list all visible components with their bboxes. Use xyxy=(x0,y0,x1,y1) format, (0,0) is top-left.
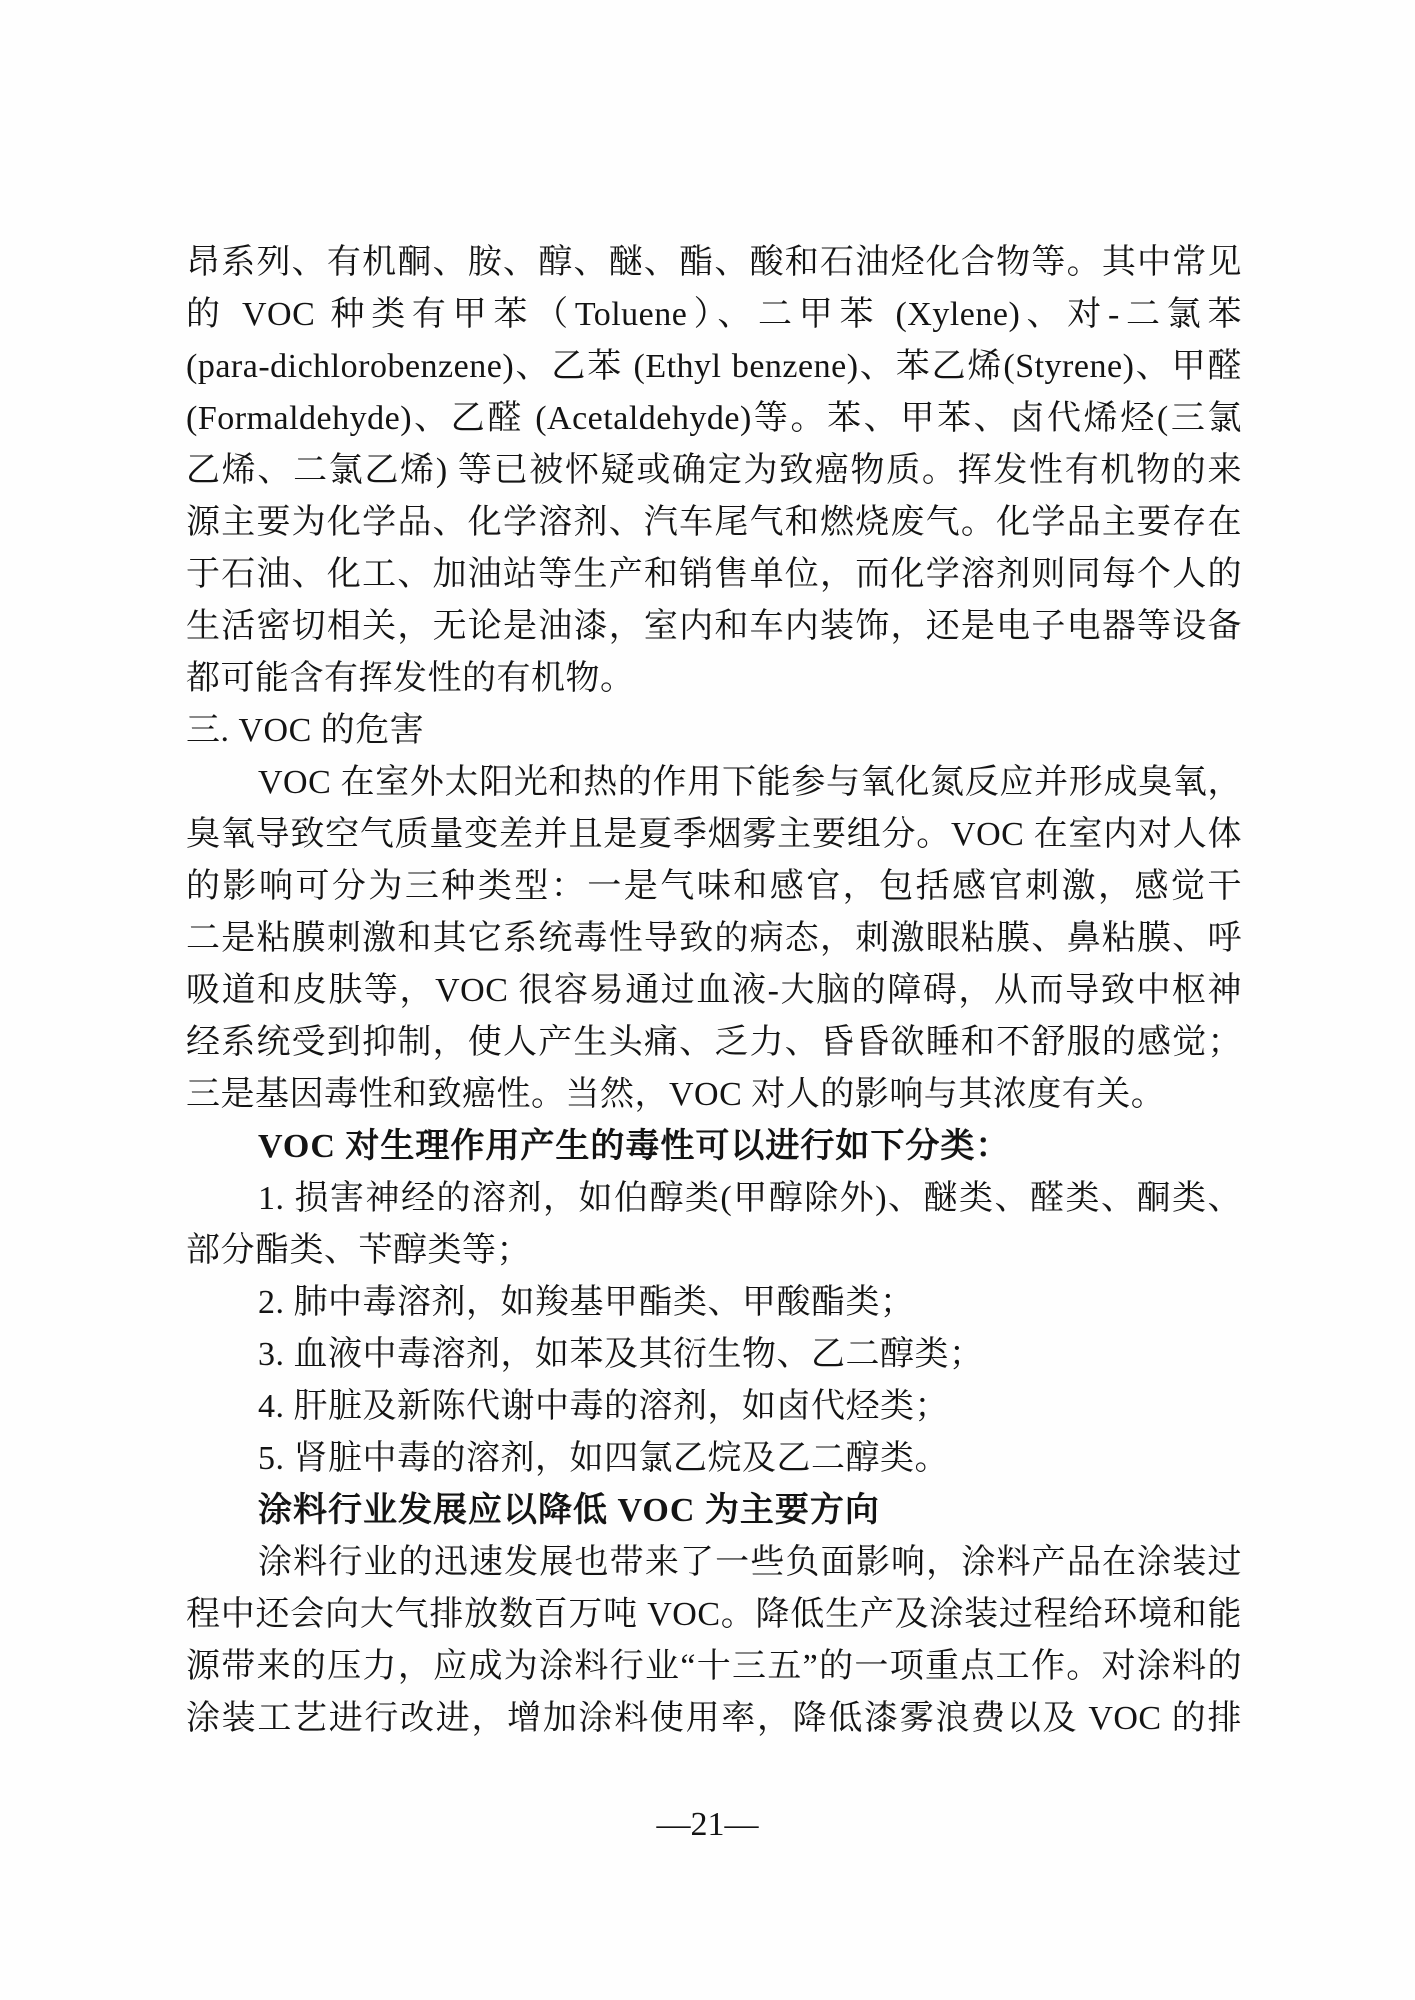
text-line: 生活密切相关，无论是油漆，室内和车内装饰，还是电子电器等设备 xyxy=(186,601,1242,653)
text-line: 的影响可分为三种类型：一是气味和感官，包括感官刺激，感觉干燥； xyxy=(186,861,1242,913)
text-line: (para-dichlorobenzene)、乙苯 (Ethyl benzene… xyxy=(186,341,1242,393)
text-line: 二是粘膜刺激和其它系统毒性导致的病态，刺激眼粘膜、鼻粘膜、呼 xyxy=(186,913,1242,965)
text-line: 5. 肾脏中毒的溶剂，如四氯乙烷及乙二醇类。 xyxy=(186,1433,1242,1485)
text-line: 昂系列、有机酮、胺、醇、醚、酯、酸和石油烃化合物等。其中常见 xyxy=(186,237,1242,289)
section-heading-line: 涂料行业发展应以降低 VOC 为主要方向 xyxy=(186,1485,1242,1537)
text-block: 昂系列、有机酮、胺、醇、醚、酯、酸和石油烃化合物等。其中常见的 VOC 种类有甲… xyxy=(186,237,1242,1745)
text-line: 3. 血液中毒溶剂，如苯及其衍生物、乙二醇类； xyxy=(186,1329,1242,1381)
text-line: 部分酯类、苄醇类等； xyxy=(186,1225,1242,1277)
text-line: 臭氧导致空气质量变差并且是夏季烟雾主要组分。VOC 在室内对人体 xyxy=(186,809,1242,861)
text-line: 2. 肺中毒溶剂，如羧基甲酯类、甲酸酯类； xyxy=(186,1277,1242,1329)
text-line: 经系统受到抑制，使人产生头痛、乏力、昏昏欲睡和不舒服的感觉； xyxy=(186,1017,1242,1069)
text-line: 乙烯、二氯乙烯) 等已被怀疑或确定为致癌物质。挥发性有机物的来 xyxy=(186,445,1242,497)
text-line: 三. VOC 的危害 xyxy=(186,705,1242,757)
text-line: 吸道和皮肤等，VOC 很容易通过血液-大脑的障碍，从而导致中枢神 xyxy=(186,965,1242,1017)
text-line: 源主要为化学品、化学溶剂、汽车尾气和燃烧废气。化学品主要存在 xyxy=(186,497,1242,549)
text-line: 程中还会向大气排放数百万吨 VOC。降低生产及涂装过程给环境和能 xyxy=(186,1589,1242,1641)
text-line: 三是基因毒性和致癌性。当然，VOC 对人的影响与其浓度有关。 xyxy=(186,1069,1242,1121)
text-line: 于石油、化工、加油站等生产和销售单位，而化学溶剂则同每个人的 xyxy=(186,549,1242,601)
text-line: 1. 损害神经的溶剂，如伯醇类(甲醇除外)、醚类、醛类、酮类、 xyxy=(186,1173,1242,1225)
page-number: —21— xyxy=(0,1799,1415,1851)
section-heading-line: VOC 对生理作用产生的毒性可以进行如下分类： xyxy=(186,1121,1242,1173)
text-line: 4. 肝脏及新陈代谢中毒的溶剂，如卤代烃类； xyxy=(186,1381,1242,1433)
document-page: 昂系列、有机酮、胺、醇、醚、酯、酸和石油烃化合物等。其中常见的 VOC 种类有甲… xyxy=(0,0,1415,2000)
text-line: 的 VOC 种类有甲苯（Toluene）、二甲苯 (Xylene)、对-二氯苯 xyxy=(186,289,1242,341)
text-line: 源带来的压力，应成为涂料行业“十三五”的一项重点工作。对涂料的 xyxy=(186,1641,1242,1693)
text-line: 涂料行业的迅速发展也带来了一些负面影响，涂料产品在涂装过 xyxy=(186,1537,1242,1589)
text-line: 都可能含有挥发性的有机物。 xyxy=(186,653,1242,705)
text-line: (Formaldehyde)、乙醛 (Acetaldehyde)等。苯、甲苯、卤… xyxy=(186,393,1242,445)
text-line: 涂装工艺进行改进，增加涂料使用率，降低漆雾浪费以及 VOC 的排 xyxy=(186,1693,1242,1745)
text-line: VOC 在室外太阳光和热的作用下能参与氧化氮反应并形成臭氧， xyxy=(186,757,1242,809)
